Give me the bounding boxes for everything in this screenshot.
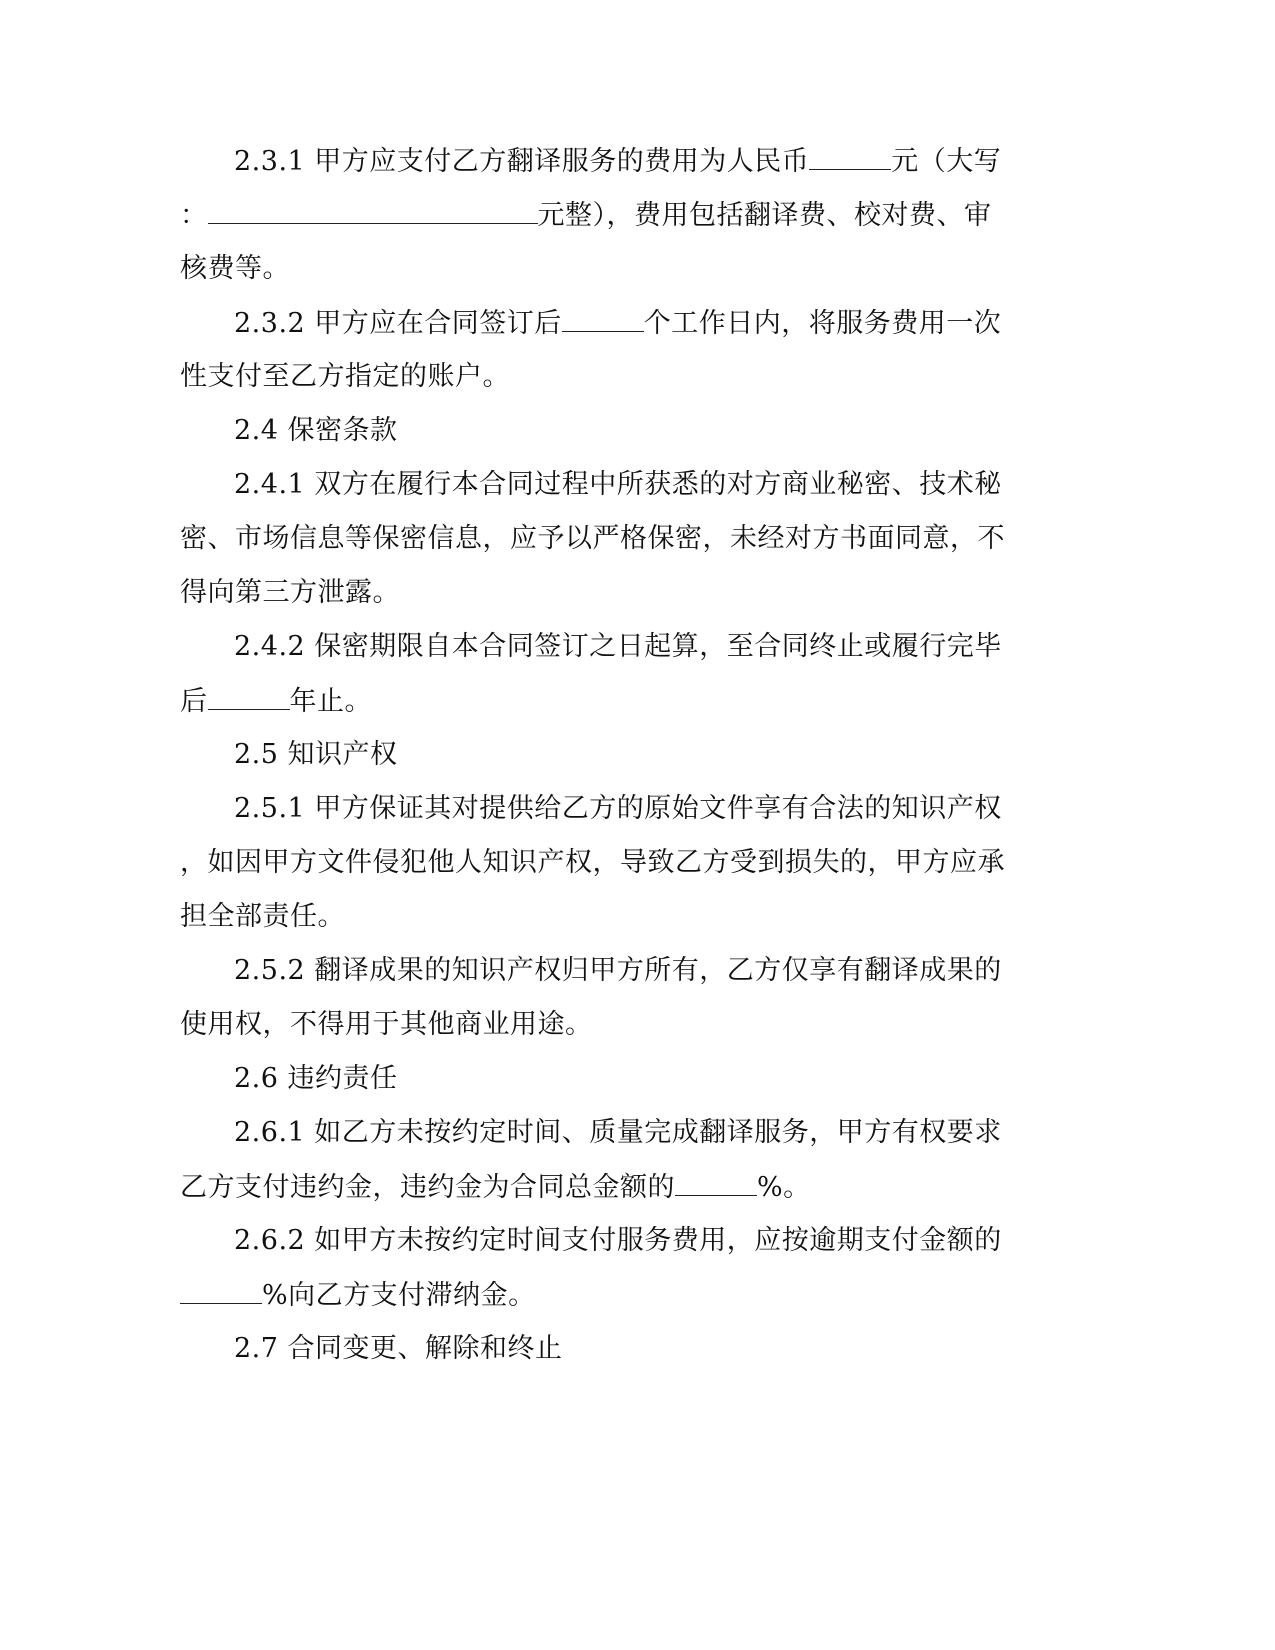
section-heading-2-5: 2.5 知识产权 [234, 737, 398, 773]
clause-2-6-2-line-2: %向乙方支付滞纳金。 [180, 1277, 536, 1313]
fill-in-blank-late-fee-percent [180, 1277, 262, 1304]
text-segment: 元（大写 [891, 146, 1001, 177]
section-heading-2-7: 2.7 合同变更、解除和终止 [234, 1331, 563, 1367]
clause-2-3-2-line-2: 性支付至乙方指定的账户。 [180, 359, 510, 395]
clause-2-4-2-line-2: 后年止。 [180, 683, 372, 719]
clause-2-6-1-line-2: 乙方支付违约金，违约金为合同总金额的%。 [180, 1169, 811, 1205]
clause-2-3-1-line-1: 2.3.1 甲方应支付乙方翻译服务的费用为人民币元（大写 [234, 143, 1001, 179]
text-segment: 个工作日内，将服务费用一次 [644, 308, 1002, 339]
document-page: 2.3.1 甲方应支付乙方翻译服务的费用为人民币元（大写 ：元整），费用包括翻译… [0, 0, 1275, 1650]
clause-2-5-1-line-2: ，如因甲方文件侵犯他人知识产权，导致乙方受到损失的，甲方应承 [180, 845, 1005, 881]
clause-2-5-1-line-3: 担全部责任。 [180, 899, 345, 935]
section-heading-2-4: 2.4 保密条款 [234, 413, 398, 449]
section-heading-2-6: 2.6 违约责任 [234, 1061, 398, 1097]
fill-in-blank-working-days [562, 305, 644, 332]
clause-2-5-2-line-1: 2.5.2 翻译成果的知识产权归甲方所有，乙方仅享有翻译成果的 [234, 953, 1002, 989]
clause-2-4-1-line-3: 得向第三方泄露。 [180, 575, 400, 611]
clause-2-6-1-line-1: 2.6.1 如乙方未按约定时间、质量完成翻译服务，甲方有权要求 [234, 1115, 1002, 1151]
clause-2-6-2-line-1: 2.6.2 如甲方未按约定时间支付服务费用，应按逾期支付金额的 [234, 1223, 1002, 1259]
text-segment: 后 [180, 686, 208, 717]
text-segment: ： [180, 200, 208, 231]
text-segment: 2.3.2 甲方应在合同签订后 [234, 308, 562, 339]
text-segment: 乙方支付违约金，违约金为合同总金额的 [180, 1172, 675, 1203]
clause-2-4-1-line-1: 2.4.1 双方在履行本合同过程中所获悉的对方商业秘密、技术秘 [234, 467, 1002, 503]
clause-2-5-2-line-2: 使用权，不得用于其他商业用途。 [180, 1007, 593, 1043]
clause-2-4-1-line-2: 密、市场信息等保密信息，应予以严格保密，未经对方书面同意，不 [180, 521, 1005, 557]
clause-2-4-2-line-1: 2.4.2 保密期限自本合同签订之日起算，至合同终止或履行完毕 [234, 629, 1002, 665]
text-segment: 元整），费用包括翻译费、校对费、审 [538, 200, 992, 231]
clause-2-3-2-line-1: 2.3.2 甲方应在合同签订后个工作日内，将服务费用一次 [234, 305, 1001, 341]
fill-in-blank-penalty-percent [675, 1169, 757, 1196]
text-segment: %。 [757, 1172, 811, 1203]
clause-2-3-1-line-2: ：元整），费用包括翻译费、校对费、审 [180, 197, 992, 233]
text-segment: 2.3.1 甲方应支付乙方翻译服务的费用为人民币 [234, 146, 809, 177]
text-segment: 年止。 [290, 686, 373, 717]
clause-2-5-1-line-1: 2.5.1 甲方保证其对提供给乙方的原始文件享有合法的知识产权 [234, 791, 1002, 827]
text-segment: %向乙方支付滞纳金。 [262, 1280, 536, 1311]
fill-in-blank-years [208, 683, 290, 710]
fill-in-blank-amount [809, 143, 891, 170]
clause-2-3-1-line-3: 核费等。 [180, 251, 290, 287]
fill-in-blank-amount-in-words [208, 197, 538, 224]
